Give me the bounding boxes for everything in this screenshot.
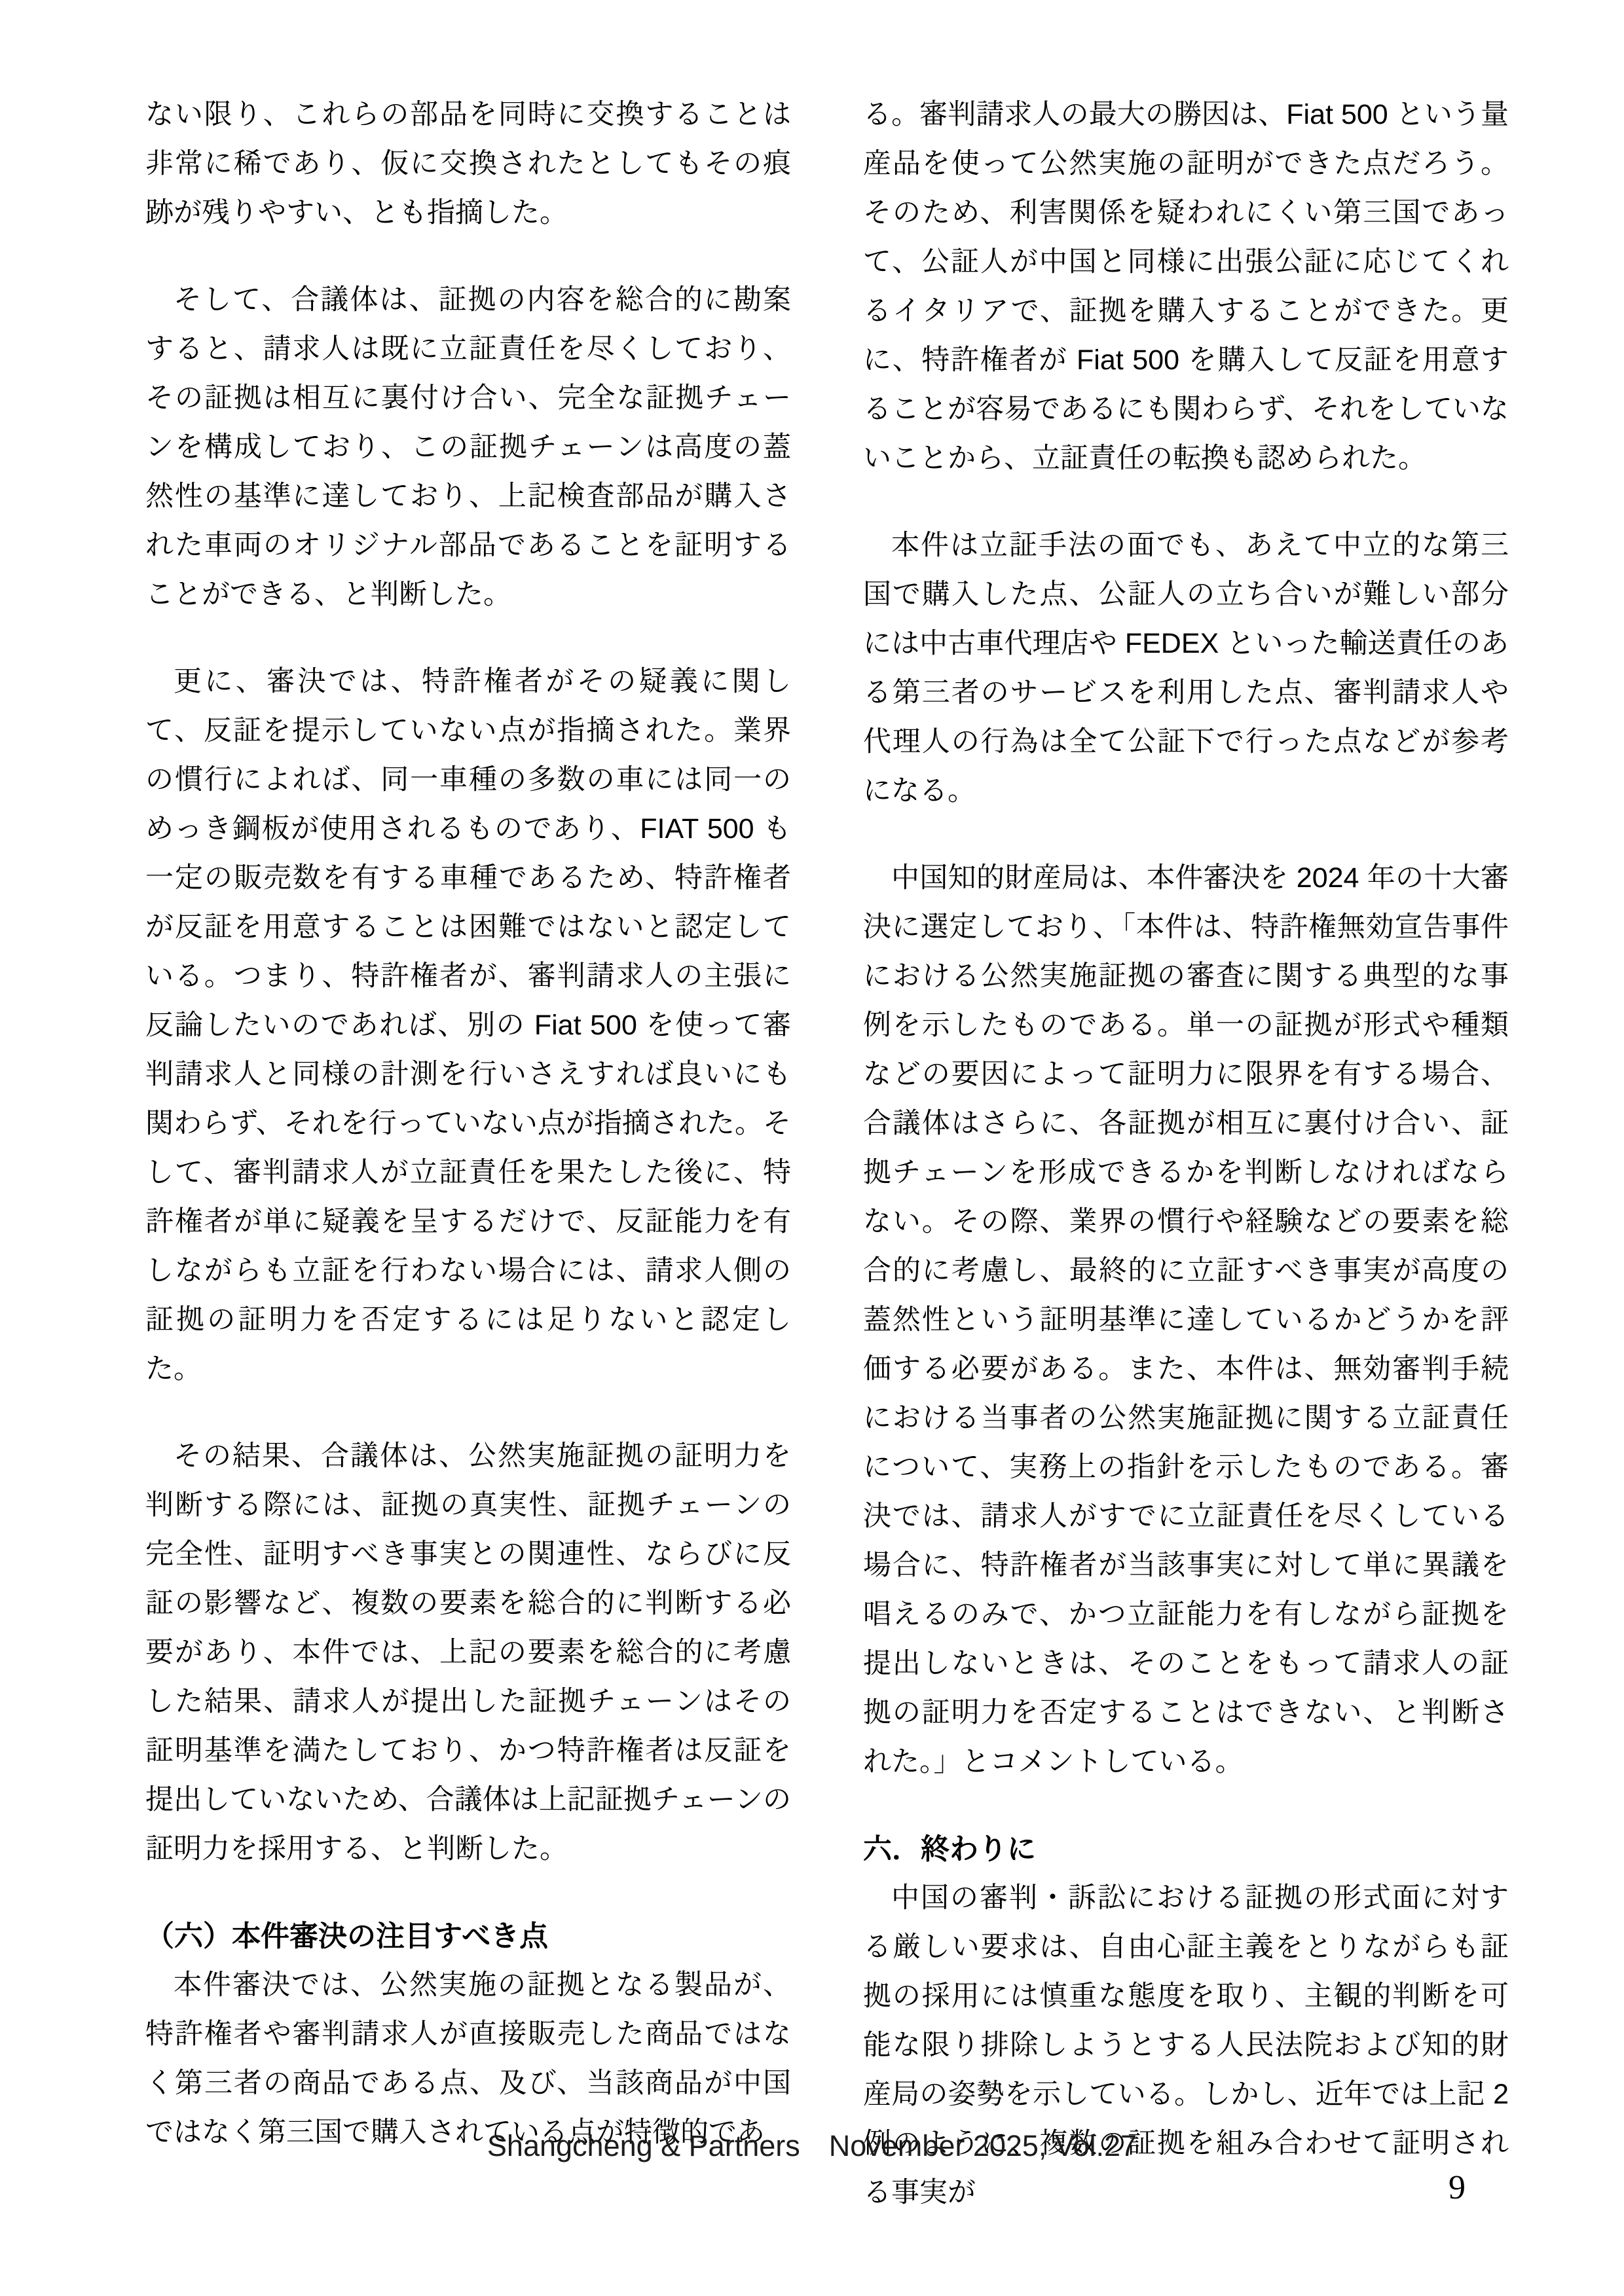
section-heading-six-notable-points: （六）本件審決の注目すべき点	[145, 1912, 791, 1961]
right-column: る。審判請求人の最大の勝因は、Fiat 500 という量産品を使って公然実施の証…	[863, 90, 1509, 2217]
footer-issue: November 2025, Vol.27	[829, 2129, 1137, 2162]
body-paragraph: る。審判請求人の最大の勝因は、Fiat 500 という量産品を使って公然実施の証…	[863, 90, 1509, 483]
left-column: ない限り、これらの部品を同時に交換することは非常に稀であり、仮に交換されたとして…	[145, 90, 791, 2217]
body-paragraph: 本件は立証手法の面でも、あえて中立的な第三国で購入した点、公証人の立ち合いが難し…	[863, 521, 1509, 816]
body-paragraph: そして、合議体は、証拠の内容を総合的に勘案すると、請求人は既に立証責任を尽くして…	[145, 276, 791, 619]
body-paragraph: 更に、審決では、特許権者がその疑義に関して、反証を提示していない点が指摘された。…	[145, 657, 791, 1394]
page-number: 9	[1449, 2168, 1466, 2207]
footer-publisher: Shangcheng & Partners	[487, 2129, 800, 2162]
footer: Shangcheng & PartnersNovember 2025, Vol.…	[0, 2129, 1624, 2163]
body-paragraph: 中国の審判・訴訟における証拠の形式面に対する厳しい要求は、自由心証主義をとりなが…	[863, 1874, 1509, 2217]
body-paragraph: 中国知的財産局は、本件審決を 2024 年の十大審決に選定しており、「本件は、特…	[863, 854, 1509, 1787]
section-heading-six-conclusion: 六．終わりに	[863, 1825, 1509, 1874]
body-paragraph: 本件審決では、公然実施の証拠となる製品が、特許権者や審判請求人が直接販売した商品…	[145, 1961, 791, 2157]
body-paragraph: ない限り、これらの部品を同時に交換することは非常に稀であり、仮に交換されたとして…	[145, 90, 791, 238]
two-column-body: ない限り、これらの部品を同時に交換することは非常に稀であり、仮に交換されたとして…	[145, 90, 1509, 2217]
body-paragraph: その結果、合議体は、公然実施証拠の証明力を判断する際には、証拠の真実性、証拠チェ…	[145, 1432, 791, 1874]
document-page: ない限り、これらの部品を同時に交換することは非常に稀であり、仮に交換されたとして…	[0, 0, 1624, 2296]
